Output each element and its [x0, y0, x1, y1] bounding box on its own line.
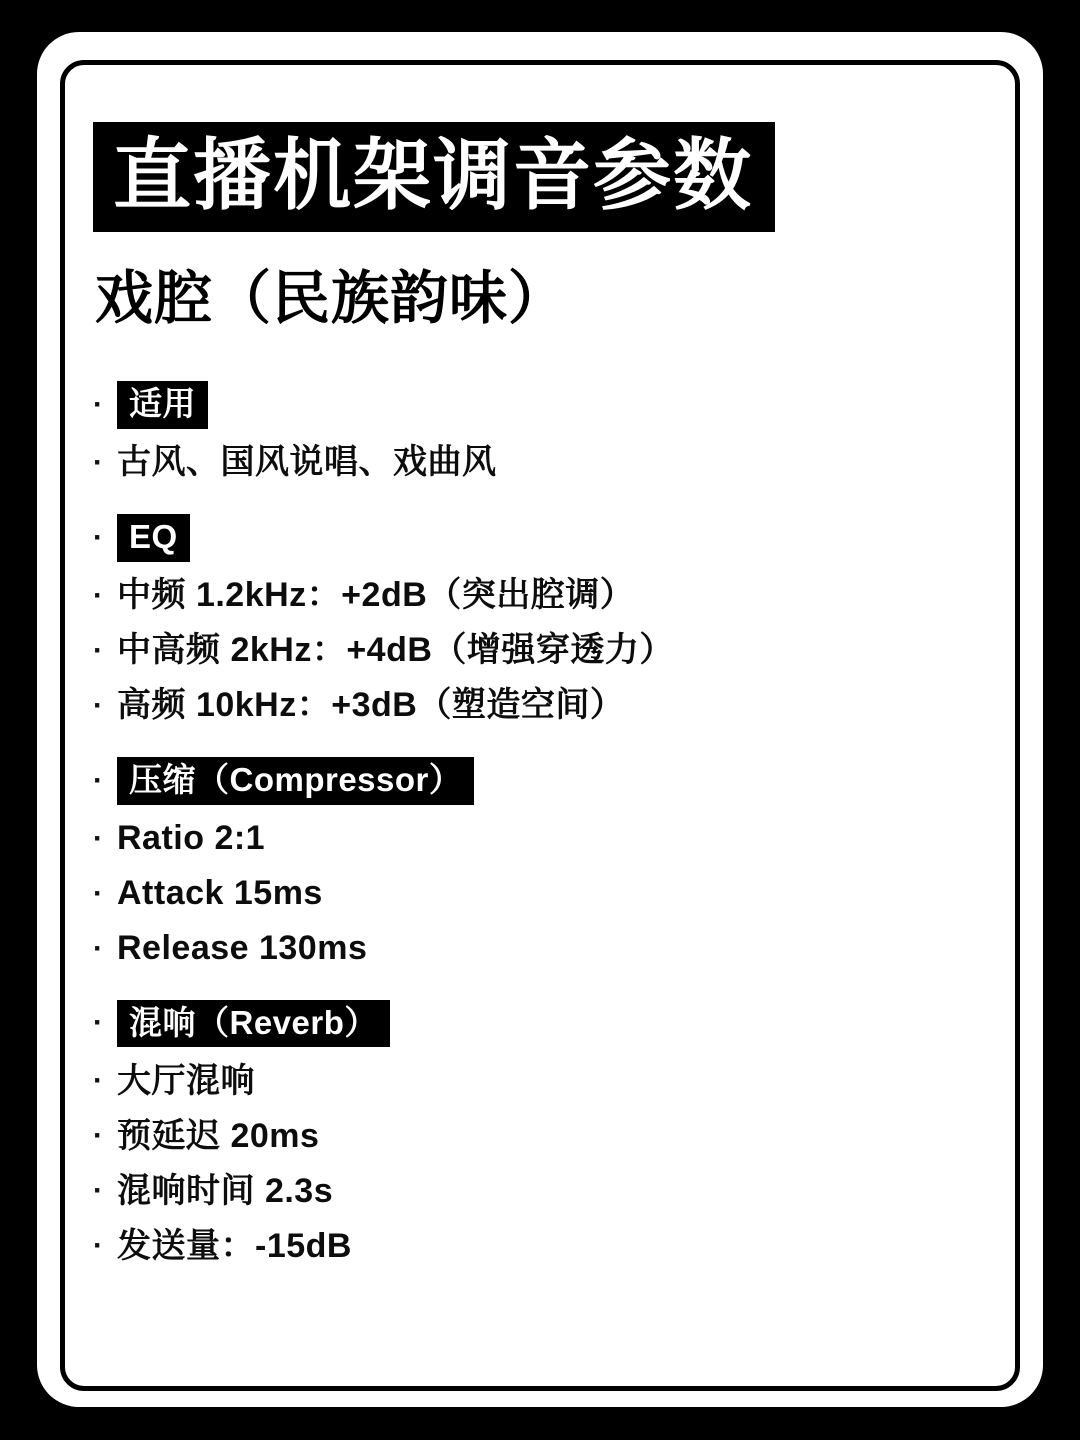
bullet-icon: ·	[93, 691, 117, 721]
content-card: 直播机架调音参数 戏腔（民族韵味） ·适用·古风、国风说唱、戏曲风·EQ·中频 …	[37, 32, 1043, 1407]
list-item-text: 预延迟 20ms	[117, 1116, 319, 1157]
list-item-text: 大厅混响	[117, 1061, 255, 1102]
bullet-icon: ·	[93, 636, 117, 666]
section-heading-badge: 适用	[117, 381, 208, 429]
list-item: ·Attack 15ms	[93, 873, 995, 915]
bullet-icon: ·	[93, 879, 117, 909]
section-heading-row: ·压缩（Compressor）	[93, 757, 995, 805]
bullet-icon: ·	[93, 1231, 117, 1261]
list-item: ·大厅混响	[93, 1060, 995, 1102]
list-item-text: 混响时间 2.3s	[117, 1171, 333, 1212]
list-item-text: Release 130ms	[117, 928, 367, 969]
bullet-icon: ·	[93, 390, 117, 420]
list-item-text: Attack 15ms	[117, 873, 323, 914]
bullet-icon: ·	[93, 934, 117, 964]
page-title: 直播机架调音参数	[93, 122, 775, 232]
bullet-icon: ·	[93, 448, 117, 478]
section-heading-row: ·混响（Reverb）	[93, 1000, 995, 1048]
bullet-icon: ·	[93, 523, 117, 553]
list-item: ·中高频 2kHz：+4dB（增强穿透力）	[93, 630, 995, 672]
section-heading-row: ·适用	[93, 381, 995, 429]
list-item-text: 发送量：-15dB	[117, 1226, 352, 1267]
bullet-icon: ·	[93, 1176, 117, 1206]
list-item: ·中频 1.2kHz：+2dB（突出腔调）	[93, 575, 995, 617]
list-item: ·预延迟 20ms	[93, 1115, 995, 1157]
list-item-text: 中高频 2kHz：+4dB（增强穿透力）	[117, 630, 674, 671]
section-heading-row: ·EQ	[93, 514, 995, 562]
section-heading-badge: EQ	[117, 514, 190, 562]
list-item-text: 古风、国风说唱、戏曲风	[117, 442, 497, 483]
card-content: 直播机架调音参数 戏腔（民族韵味） ·适用·古风、国风说唱、戏曲风·EQ·中频 …	[93, 122, 995, 1280]
list-item: ·古风、国风说唱、戏曲风	[93, 442, 995, 484]
section-heading-badge: 混响（Reverb）	[117, 1000, 390, 1048]
bullet-icon: ·	[93, 1121, 117, 1151]
section-heading-badge: 压缩（Compressor）	[117, 757, 474, 805]
bullet-icon: ·	[93, 824, 117, 854]
list-item: ·高频 10kHz：+3dB（塑造空间）	[93, 685, 995, 727]
parameter-list: ·适用·古风、国风说唱、戏曲风·EQ·中频 1.2kHz：+2dB（突出腔调）·…	[93, 381, 995, 1268]
list-item: ·Release 130ms	[93, 928, 995, 970]
list-item-text: Ratio 2:1	[117, 818, 265, 859]
list-item-text: 中频 1.2kHz：+2dB（突出腔调）	[117, 575, 634, 616]
list-item: ·发送量：-15dB	[93, 1225, 995, 1267]
bullet-icon: ·	[93, 766, 117, 796]
list-item-text: 高频 10kHz：+3dB（塑造空间）	[117, 685, 624, 726]
page-subtitle: 戏腔（民族韵味）	[95, 266, 995, 333]
list-item: ·Ratio 2:1	[93, 818, 995, 860]
bullet-icon: ·	[93, 1008, 117, 1038]
bullet-icon: ·	[93, 1066, 117, 1096]
bullet-icon: ·	[93, 581, 117, 611]
list-item: ·混响时间 2.3s	[93, 1170, 995, 1212]
